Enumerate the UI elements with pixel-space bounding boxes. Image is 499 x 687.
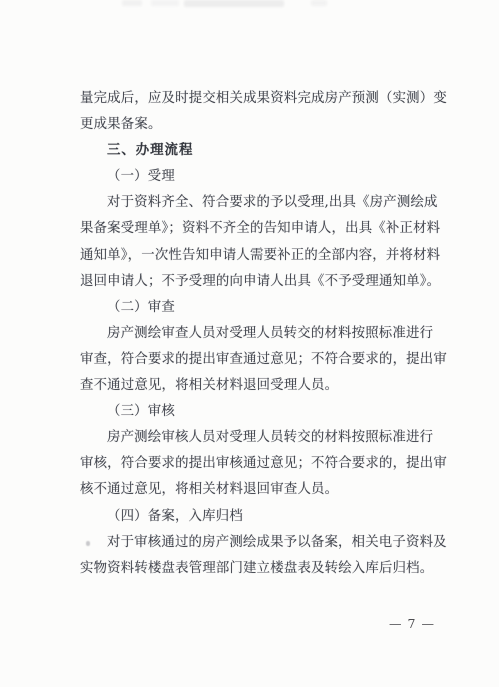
section-heading: 三、办理流程 (80, 138, 446, 164)
text-line: 更成果备案。 (80, 112, 446, 138)
page-number: — 7 — (378, 614, 446, 634)
text-line: 对于审核通过的房产测绘成果予以备案，相关电子资料及 (80, 530, 446, 556)
scanned-document-page: 量完成后，应及时提交相关成果资料完成房产预测（实测）变更成果备案。三、办理流程（… (0, 0, 499, 687)
text-line: 量完成后，应及时提交相关成果资料完成房产预测（实测）变 (80, 86, 446, 112)
text-line: 审查，符合要求的提出审查通过意见；不符合要求的，提出审 (80, 347, 446, 373)
text-line: 审核，符合要求的提出审核通过意见；不符合要求的，提出审 (80, 451, 446, 477)
text-line: 查不通过意见，将相关材料退回受理人员。 (80, 373, 446, 399)
text-line: （二）审查 (80, 295, 446, 321)
scan-artifact (151, 0, 179, 6)
scan-artifact (122, 0, 142, 6)
scan-artifact (311, 0, 327, 6)
text-line: 房产测绘审核人员对受理人员转交的材料按照标准进行 (80, 425, 446, 451)
text-line: 果备案受理单》；资料不齐全的告知申请人，出具《补正材料 (80, 216, 446, 242)
text-line: （一）受理 (80, 164, 446, 190)
text-line: 通知单》，一次性告知申请人需要补正的全部内容，并将材料 (80, 243, 446, 269)
text-line: 退回申请人；不予受理的向申请人出具《不予受理通知单》。 (80, 269, 446, 295)
scan-artifact (184, 0, 284, 7)
text-line: 实物资料转楼盘表管理部门建立楼盘表及转绘入库后归档。 (80, 556, 446, 582)
text-line: （三）审核 (80, 399, 446, 425)
text-line: 对于资料齐全、符合要求的予以受理,出具《房产测绘成 (80, 190, 446, 216)
text-line: （四）备案，入库归档 (80, 504, 446, 530)
text-line: 核不通过意见，将相关材料退回审查人员。 (80, 477, 446, 503)
text-line: 房产测绘审查人员对受理人员转交的材料按照标准进行 (80, 321, 446, 347)
body-text: 量完成后，应及时提交相关成果资料完成房产预测（实测）变更成果备案。三、办理流程（… (80, 86, 446, 582)
